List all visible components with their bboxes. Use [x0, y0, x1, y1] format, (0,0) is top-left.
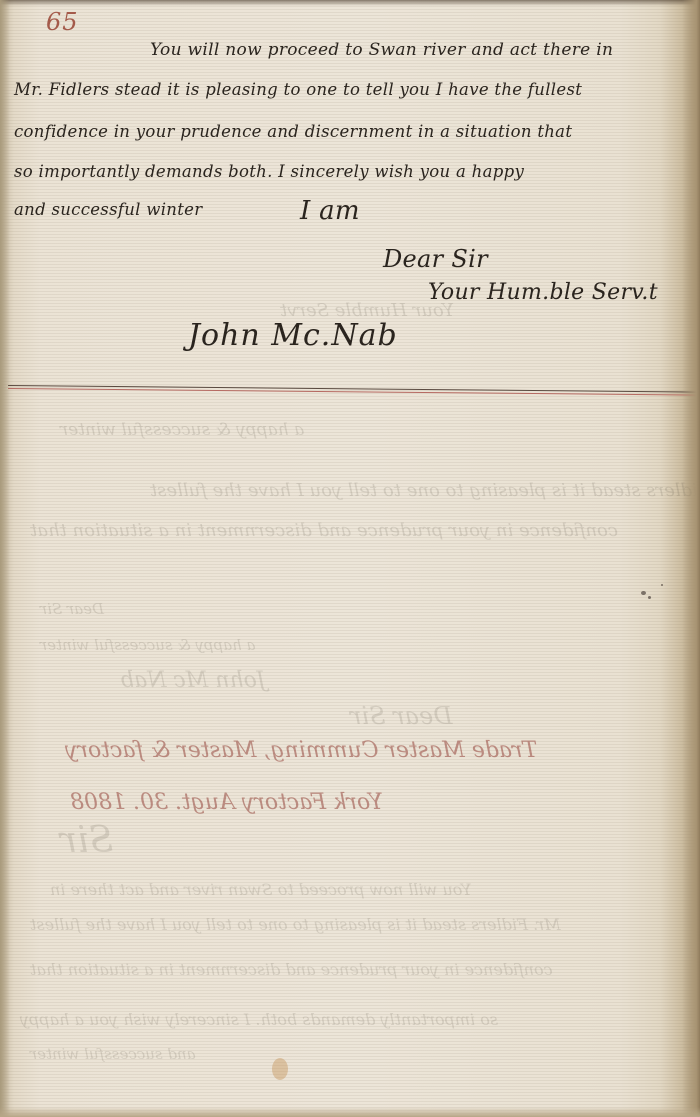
bleed-through-text: and successful winter: [30, 1045, 196, 1063]
valediction: Your Hum.ble Serv.t: [428, 280, 658, 305]
closing-dear-sir: Dear Sir: [383, 245, 488, 273]
letter-line-4: so importantly demands both. I sincerely…: [14, 162, 524, 181]
letter-line-3: confidence in your prudence and discernm…: [14, 122, 572, 141]
page-binding-edge: [0, 0, 10, 1117]
bleed-through-text: so importantly demands both. I sincerely…: [20, 1010, 498, 1029]
letter-line-2: Mr. Fidlers stead it is pleasing to one …: [14, 80, 582, 99]
bleed-through-text: confidence in your prudence and discernm…: [30, 520, 618, 541]
page-fore-edge: [682, 0, 700, 1117]
signature: John Mc.Nab: [188, 318, 398, 353]
bleed-through-text: Mr. Fidlers stead it is pleasing to one …: [30, 915, 561, 934]
bleed-through-text: Sir: [60, 820, 113, 861]
bleed-through-text: Mr. Fidlers stead it is pleasing to one …: [150, 480, 700, 501]
letter-book-page: Your Humble Servt a happy & successful w…: [0, 0, 700, 1117]
paper-stain: [272, 1058, 288, 1080]
page-top-shadow: [0, 0, 700, 6]
bleed-through-text: a happy & successful winter: [40, 636, 255, 654]
ink-blot: [648, 596, 651, 599]
letter-line-1: You will now proceed to Swan river and a…: [150, 40, 613, 60]
bleed-through-red-heading: York Factory Augt. 30. 1808: [70, 790, 383, 815]
ink-blot: [641, 591, 646, 595]
bleed-through-text: Dear Sir: [40, 600, 104, 618]
page-bottom-edge: [0, 1107, 700, 1117]
page-number: 65: [46, 8, 79, 36]
bleed-through-text: confidence in your prudence and discernm…: [30, 960, 553, 979]
bleed-through-text: John Mc Nab: [120, 668, 266, 693]
letter-line-5: and successful winter: [14, 200, 202, 219]
closing-i-am: I am: [300, 196, 360, 226]
bleed-through-red-heading: Trade Master Cumming, Master & factory: [65, 738, 537, 763]
bleed-through-text: Dear Sir: [350, 702, 452, 730]
bleed-through-text: a happy & successful winter: [60, 420, 304, 440]
bleed-through-text: You will now proceed to Swan river and a…: [50, 880, 472, 899]
ink-blot: [661, 584, 663, 586]
